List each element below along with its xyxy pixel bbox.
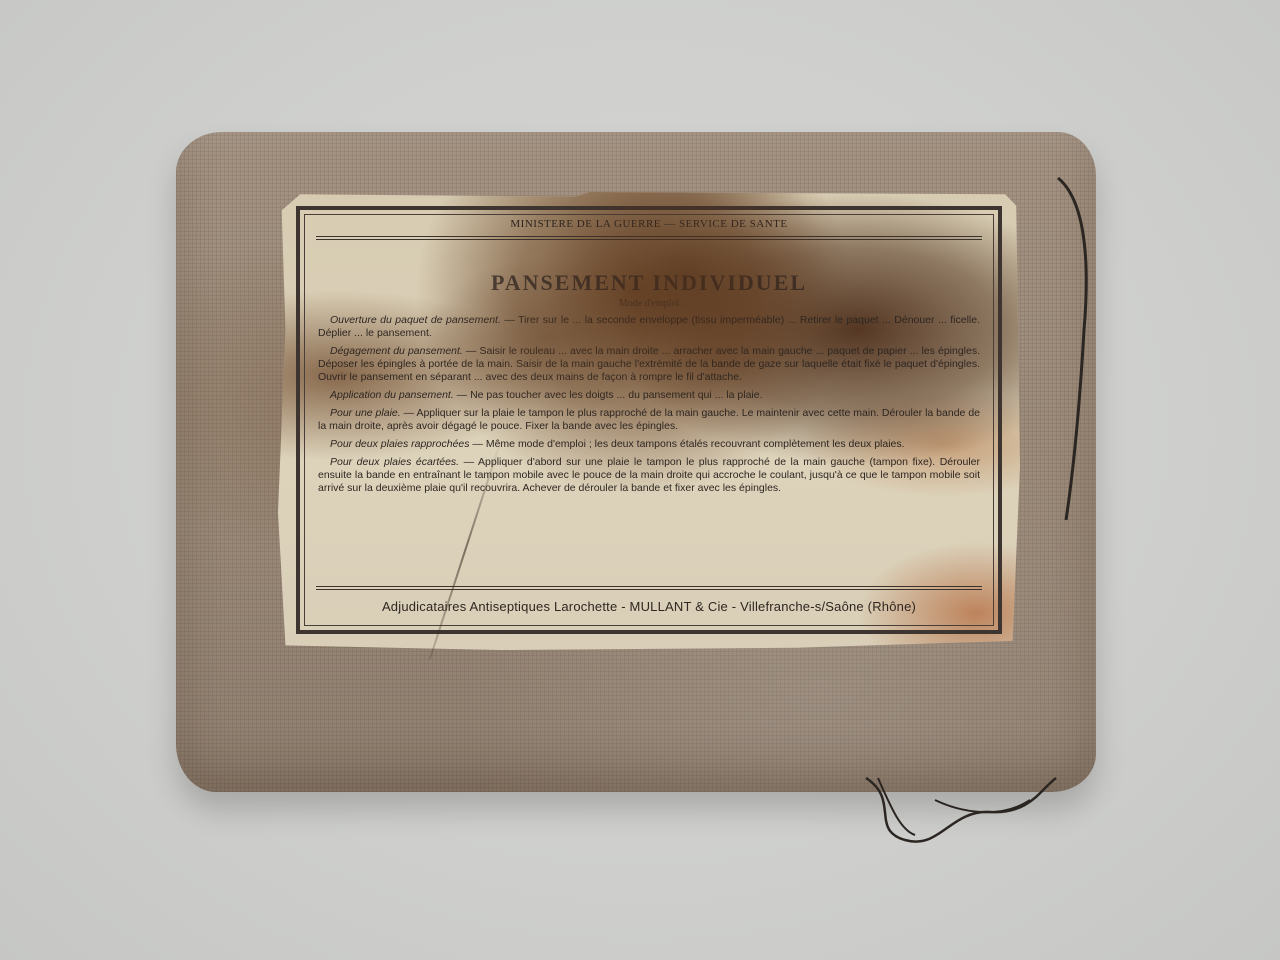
footer-rule (316, 586, 982, 590)
label-title: PANSEMENT INDIVIDUEL (278, 270, 1020, 296)
label-instructions: Ouverture du paquet de pansement. — Tire… (318, 314, 980, 500)
label-subtitle: Mode d'emploi (278, 298, 1020, 309)
printed-label: MINISTERE DE LA GUERRE — SERVICE DE SANT… (278, 192, 1020, 650)
instruction-paragraph: Dégagement du pansement. — Saisir le rou… (318, 345, 980, 384)
instruction-paragraph: Application du pansement. — Ne pas touch… (318, 389, 980, 402)
instruction-paragraph: Pour une plaie. — Appliquer sur la plaie… (318, 407, 980, 433)
label-header: MINISTERE DE LA GUERRE — SERVICE DE SANT… (278, 218, 1020, 230)
instruction-paragraph: Pour deux plaies rapprochées — Même mode… (318, 438, 980, 451)
instruction-paragraph: Ouverture du paquet de pansement. — Tire… (318, 314, 980, 340)
label-footer-manufacturer: Adjudicataires Antiseptiques Larochette … (278, 599, 1020, 614)
header-rule (316, 236, 982, 240)
instruction-paragraph: Pour deux plaies écartées. — Appliquer d… (318, 456, 980, 495)
